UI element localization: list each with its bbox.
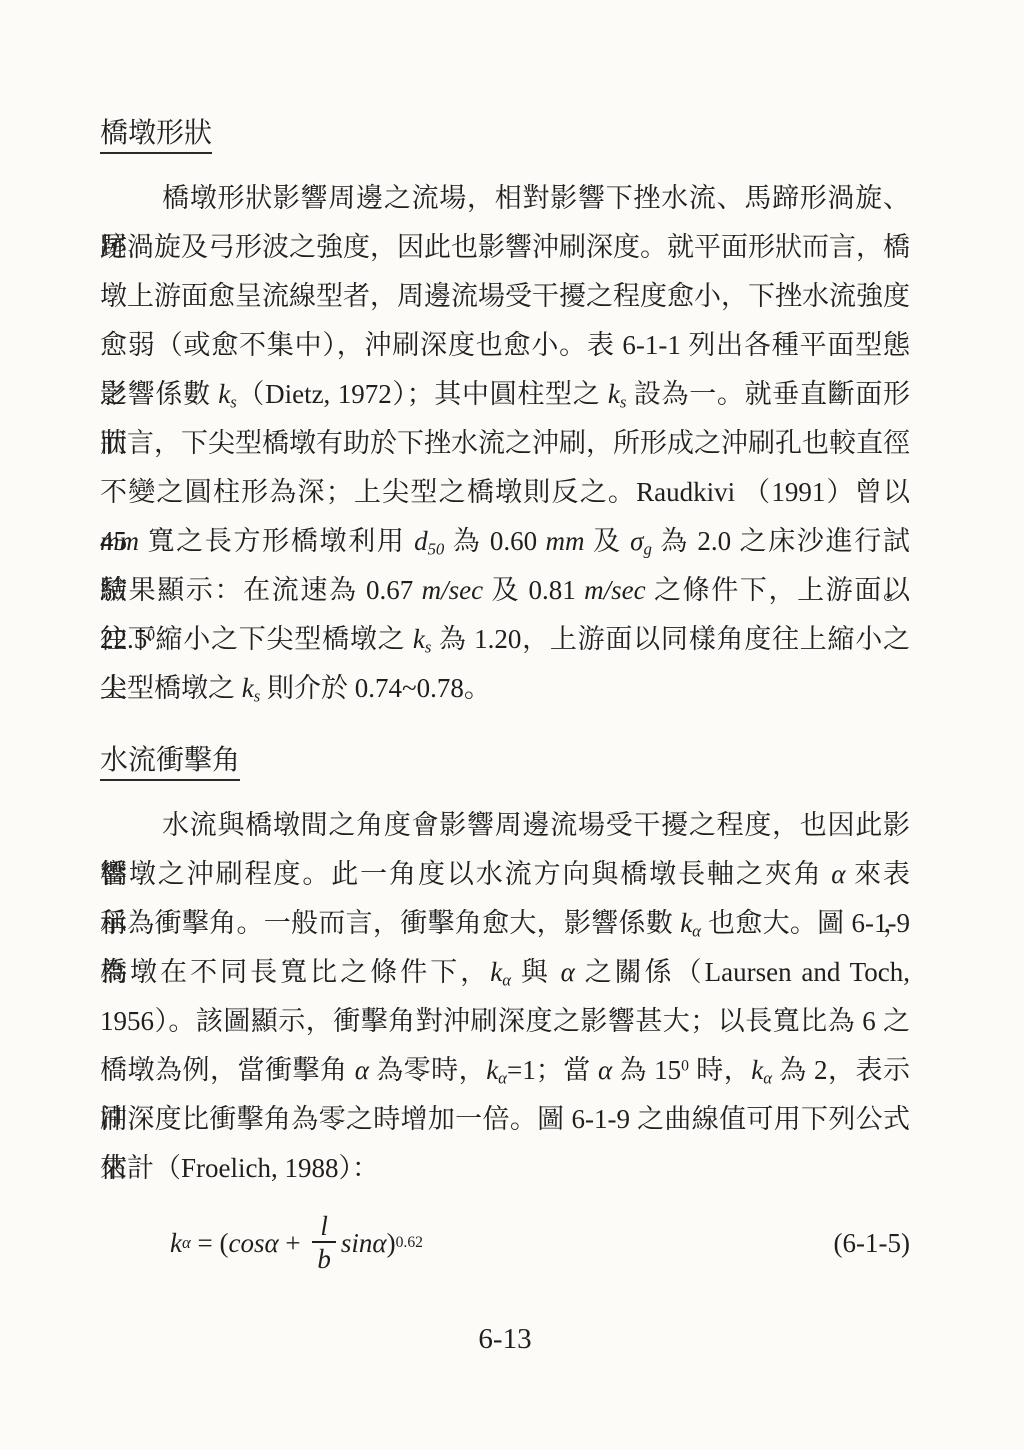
text-segment: 結果顯示：在流速為 0.67 bbox=[100, 575, 422, 605]
text-segment: 為 15 bbox=[612, 1055, 681, 1085]
text-segment: =1；當 bbox=[507, 1055, 598, 1085]
text-segment: 往下縮小之下尖型橋墩之 bbox=[100, 624, 413, 654]
superscript-segment: 0 bbox=[681, 1057, 689, 1074]
text-line: 而言，下尖型橋墩有助於下挫水流之沖刷，所形成之沖刷孔也較直徑 bbox=[100, 419, 910, 468]
section-heading-text: 橋墩形狀 bbox=[100, 118, 212, 154]
italic-segment: k bbox=[490, 957, 502, 987]
italic-segment: k bbox=[413, 624, 425, 654]
italic-segment: sinα bbox=[341, 1228, 387, 1259]
italic-segment: cosα bbox=[229, 1228, 279, 1259]
text-segment: 寬之長方形橋墩利用 bbox=[139, 526, 414, 556]
text-segment: 與 bbox=[511, 957, 561, 987]
text-line: 往下縮小之下尖型橋墩之 ks 為 1.20，上游面以同樣角度往上縮小之上 bbox=[100, 615, 910, 664]
text-segment: （Dietz, 1972）；其中圓柱型之 bbox=[237, 379, 608, 409]
italic-segment: k bbox=[218, 379, 230, 409]
italic-segment: k bbox=[242, 673, 254, 703]
fraction: lb bbox=[312, 1211, 336, 1275]
text-segment: 為 0.60 bbox=[444, 526, 545, 556]
text-line: 愈弱（或愈不集中），沖刷深度也愈小。表 6-1-1 列出各種平面型態之 bbox=[100, 321, 910, 370]
italic-segment: m/sec bbox=[422, 575, 483, 605]
text-line: 橋墩之沖刷程度。此一角度以水流方向與橋墩長軸之夾角 α 來表示， bbox=[100, 850, 910, 899]
section-heading: 水流衝擊角 bbox=[100, 739, 910, 783]
text-line: mm 寬之長方形橋墩利用 d50 為 0.60 mm 及 σg 為 2.0 之床… bbox=[100, 517, 910, 566]
fraction-numerator: l bbox=[312, 1211, 336, 1241]
subscript-segment: α bbox=[498, 1069, 507, 1088]
text-line: 稱為衝擊角。一般而言，衝擊角愈大，影響係數 kα 也愈大。圖 6-1-9 為 bbox=[100, 899, 910, 948]
section-heading: 橋墩形狀 bbox=[100, 112, 910, 156]
text-segment: 為零時， bbox=[369, 1055, 486, 1085]
italic-segment: d bbox=[414, 526, 428, 556]
text-segment: 之關係（Laursen and Toch, bbox=[575, 957, 910, 987]
equation-row: kα = (cosα + lbsinα)0.62 (6-1-5) bbox=[100, 1211, 910, 1275]
text-line: 水流與橋墩間之角度會影響周邊流場受干擾之程度，也因此影響 bbox=[100, 801, 910, 850]
text-segment: = ( bbox=[191, 1228, 229, 1259]
text-segment: 及 bbox=[585, 526, 631, 556]
text-line: 墩上游面愈呈流線型者，周邊流場受干擾之程度愈小，下挫水流強度 bbox=[100, 272, 910, 321]
paragraph: 橋墩形狀影響周邊之流場，相對影響下挫水流、馬蹄形渦旋、尾跡渦旋及弓形波之強度，因… bbox=[100, 174, 910, 713]
subscript-segment: 50 bbox=[428, 540, 445, 559]
fraction-denominator: b bbox=[312, 1241, 336, 1275]
italic-segment: k bbox=[608, 379, 620, 409]
italic-segment: α bbox=[355, 1055, 369, 1085]
page-number: 6-13 bbox=[100, 1321, 910, 1357]
italic-segment: k bbox=[680, 908, 692, 938]
subscript-segment: g bbox=[643, 540, 651, 559]
text-line: 1956）。該圖顯示，衝擊角對沖刷深度之影響甚大；以長寬比為 6 之 bbox=[100, 997, 910, 1046]
italic-segment: k bbox=[170, 1228, 182, 1259]
text-segment: 影響係數 bbox=[100, 379, 218, 409]
text-segment: 跡渦旋及弓形波之強度，因此也影響沖刷深度。就平面形狀而言，橋 bbox=[100, 232, 910, 262]
text-line: 橋墩在不同長寬比之條件下，kα 與 α 之關係（Laursen and Toch… bbox=[100, 948, 910, 997]
italic-segment: m/sec bbox=[584, 575, 645, 605]
text-line: 跡渦旋及弓形波之強度，因此也影響沖刷深度。就平面形狀而言，橋 bbox=[100, 223, 910, 272]
text-segment: 橋墩之沖刷程度。此一角度以水流方向與橋墩長軸之夾角 bbox=[100, 859, 831, 889]
text-segment: 及 0.81 bbox=[483, 575, 584, 605]
text-line: 尖型橋墩之 ks 則介於 0.74~0.78。 bbox=[100, 664, 910, 713]
text-segment: 橋墩在不同長寬比之條件下， bbox=[100, 957, 490, 987]
equation-label: (6-1-5) bbox=[834, 1228, 910, 1259]
text-segment: 1956）。該圖顯示，衝擊角對沖刷深度之影響甚大；以長寬比為 6 之 bbox=[100, 1006, 910, 1036]
italic-segment: k bbox=[486, 1055, 498, 1085]
text-line: 不變之圓柱形為深；上尖型之橋墩則反之。Raudkivi （1991）曾以 45 bbox=[100, 468, 910, 517]
text-segment: + bbox=[279, 1228, 308, 1259]
text-line: 橋墩為例，當衝擊角 α 為零時，kα=1；當 α 為 150 時，kα 為 2，… bbox=[100, 1046, 910, 1095]
section-pier-shape: 橋墩形狀 橋墩形狀影響周邊之流場，相對影響下挫水流、馬蹄形渦旋、尾跡渦旋及弓形波… bbox=[100, 112, 910, 713]
text-segment: 而言，下尖型橋墩有助於下挫水流之沖刷，所形成之沖刷孔也較直徑 bbox=[100, 428, 910, 458]
equation: kα = (cosα + lbsinα)0.62 bbox=[170, 1211, 423, 1275]
italic-segment: α bbox=[598, 1055, 612, 1085]
text-line: 估計（Froelich, 1988）： bbox=[100, 1144, 910, 1193]
text-segment: 墩上游面愈呈流線型者，周邊流場受干擾之程度愈小，下挫水流強度 bbox=[100, 281, 910, 311]
text-segment: 稱為衝擊角。一般而言，衝擊角愈大，影響係數 bbox=[100, 908, 680, 938]
italic-segment: mm bbox=[546, 526, 585, 556]
text-segment: ) bbox=[387, 1228, 396, 1259]
text-segment: 橋墩為例，當衝擊角 bbox=[100, 1055, 355, 1085]
text-line: 影響係數 ks（Dietz, 1972）；其中圓柱型之 ks 設為一。就垂直斷面… bbox=[100, 370, 910, 419]
subscript-segment: α bbox=[692, 922, 701, 941]
italic-segment: σ bbox=[630, 526, 643, 556]
text-line: 橋墩形狀影響周邊之流場，相對影響下挫水流、馬蹄形渦旋、尾 bbox=[100, 174, 910, 223]
subscript-segment: α bbox=[763, 1069, 772, 1088]
text-line: 結果顯示：在流速為 0.67 m/sec 及 0.81 m/sec 之條件下，上… bbox=[100, 566, 910, 615]
section-heading-text: 水流衝擊角 bbox=[100, 745, 240, 781]
section-flow-attack-angle: 水流衝擊角 水流與橋墩間之角度會影響周邊流場受干擾之程度，也因此影響橋墩之沖刷程… bbox=[100, 739, 910, 1193]
paragraph: 水流與橋墩間之角度會影響周邊流場受干擾之程度，也因此影響橋墩之沖刷程度。此一角度… bbox=[100, 801, 910, 1193]
italic-segment: k bbox=[751, 1055, 763, 1085]
text-line: 刷深度比衝擊角為零之時增加一倍。圖 6-1-9 之曲線值可用下列公式來 bbox=[100, 1095, 910, 1144]
text-segment: 尖型橋墩之 bbox=[100, 673, 242, 703]
text-segment: 則介於 0.74~0.78。 bbox=[260, 673, 491, 703]
italic-segment: α bbox=[831, 859, 845, 889]
italic-segment: α bbox=[561, 957, 575, 987]
subscript-segment: α bbox=[502, 971, 511, 990]
italic-segment: mm bbox=[100, 526, 139, 556]
text-segment: 時， bbox=[689, 1055, 751, 1085]
text-segment: 估計（Froelich, 1988）： bbox=[100, 1153, 379, 1183]
document-page: 橋墩形狀 橋墩形狀影響周邊之流場，相對影響下挫水流、馬蹄形渦旋、尾跡渦旋及弓形波… bbox=[0, 0, 1024, 1450]
